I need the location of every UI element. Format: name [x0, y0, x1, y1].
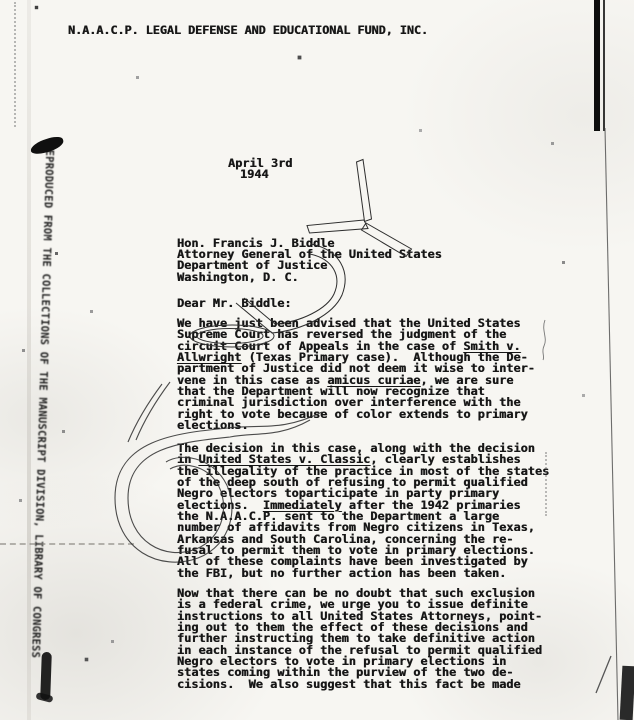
- pen-mark-horseshoe: [236, 244, 345, 333]
- pen-mark-spiral: [115, 382, 322, 562]
- scanned-letter-page: N.A.A.C.P. LEGAL DEFENSE AND EDUCATIONAL…: [0, 0, 634, 720]
- photocopy-edge-line: [605, 128, 618, 720]
- pencil-squiggle: [543, 320, 545, 360]
- pen-doodle-overlay: [0, 0, 634, 720]
- pen-mark-oval: [190, 325, 274, 347]
- pen-mark-lambda: [307, 160, 412, 257]
- pencil-slash: [596, 656, 611, 693]
